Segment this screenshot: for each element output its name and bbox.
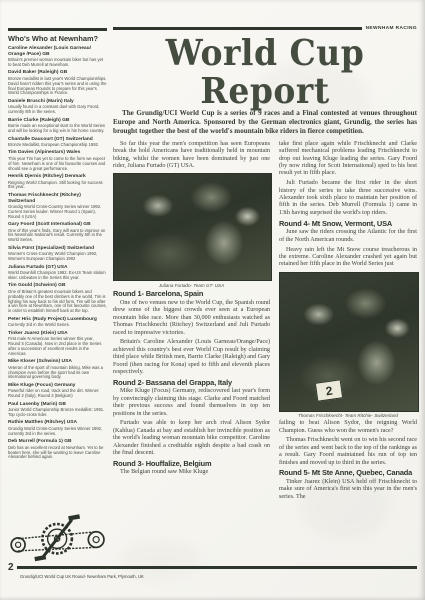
rider-name: Gary Foord (Scott International) GB	[8, 222, 107, 228]
rider-entry: Daniele Bruschi (Marin) Italy Usually fo…	[8, 99, 107, 115]
rider-entry: Thomas Frischknecht (Ritchey) Switzerlan…	[8, 193, 107, 220]
rider-entry: Mike Kluge (Focus) Germany Powerful ride…	[8, 383, 107, 399]
rider-entry: Caroline Alexander (Louis Garneau/ Orang…	[8, 46, 107, 68]
race-number-plate: 2	[315, 379, 343, 401]
article-intro: The Grundig/UCI World Cup is a series of…	[113, 109, 417, 136]
rider-entry: Peter Hric (Rudy Project) Luxembourg Cur…	[8, 317, 107, 328]
paragraph: June saw the riders crossing the Atlanti…	[279, 229, 417, 244]
paragraph: Juli Furtado became the first rider in t…	[279, 180, 417, 217]
bike-crank-icon	[6, 508, 110, 566]
paragraph: So far this year the men's competition h…	[113, 141, 270, 171]
rider-bio: Deb has an excellent record at Newnham. …	[8, 446, 107, 461]
page-title: World Cup Report	[113, 35, 417, 110]
rider-bio: Bronze Medallist, European Championship …	[8, 143, 107, 148]
photo-frischknecht-caption: Thomas Frischknecht- Team Ritchie- Switz…	[279, 413, 417, 418]
rider-entry: Tim Davies (Alpinestars) Wales This year…	[8, 150, 107, 171]
column-right: take first place again while Frischknech…	[279, 141, 417, 504]
photo-furtado: Juliana Furtado- Team GT- USA	[113, 173, 270, 288]
paragraph: The Belgian round saw Mike Kluge	[113, 469, 270, 476]
paragraph: Thomas Frischknecht went on to win his s…	[279, 437, 417, 467]
rider-bio: This year Tim has yet to come to the for…	[8, 157, 107, 172]
rider-entry: Tim Gould (Schwinn) GB One of Britain's …	[8, 283, 107, 314]
rider-entry: Tinker Juarez (Klein) USA First male N A…	[8, 331, 107, 357]
magazine-page: Who's Who at Newnham? Caroline Alexander…	[0, 0, 425, 600]
round4-heading: Round 4- Mt Snow, Vermont, USA	[279, 220, 417, 228]
rider-entry: Henrik Djernis (Ritchey) Denmark Reignin…	[8, 174, 107, 190]
rider-entry: Barrie Clarke (Raleigh) GB Barrie made a…	[8, 118, 107, 134]
page-number: 2	[8, 562, 14, 573]
rider-name: Henrik Djernis (Ritchey) Denmark	[8, 174, 107, 180]
rider-name: Thomas Frischknecht (Ritchey) Switzerlan…	[8, 193, 107, 204]
bike-crank-illustration	[6, 508, 110, 566]
page-footer: 2 Grundig/UCI World Cup UK Round- Newnha…	[8, 562, 417, 579]
rider-name: Deb Murrell (Formula 1) GB	[8, 439, 107, 445]
rider-bio: One of this year's finds, Gary will want…	[8, 229, 107, 244]
paragraph: take first place again while Frischknech…	[279, 141, 417, 178]
masthead: NEWNHAM RACING	[113, 26, 417, 31]
photo-frischknecht: 2 Thomas Frischknecht- Team Ritchie- Swi…	[279, 272, 417, 419]
paragraph: Britain's Caroline Alexander (Louis Garn…	[113, 339, 270, 376]
sidebar-title: Who's Who at Newnham?	[8, 34, 107, 43]
rider-bio: Junior World Championship Bronze medalli…	[8, 408, 107, 418]
rider-entry: Deb Murrell (Formula 1) GB Deb has an ex…	[8, 439, 107, 460]
photo-frischknecht-image: 2	[279, 272, 419, 412]
rider-bio: Britain's premier woman mountain biker b…	[8, 58, 107, 68]
photo-furtado-image	[113, 173, 272, 281]
rider-bio: Barrie made an exceptional start to the …	[8, 124, 107, 134]
paragraph: One of two venues new to the World Cup, …	[113, 300, 270, 337]
article-main: NEWNHAM RACING World Cup Report The Grun…	[113, 26, 417, 504]
sidebar-top-rule	[8, 28, 107, 31]
column-left: So far this year the men's competition h…	[113, 141, 270, 504]
footer-text: Grundig/UCI World Cup UK Round- Newnham …	[20, 574, 417, 579]
paragraph: Tinker Juarez (Klein) USA held off Frisc…	[279, 479, 417, 501]
paragraph: Mike Kluge (Focus) Germany, rediscovered…	[113, 388, 270, 418]
footer-rule	[17, 566, 417, 570]
rider-entry: Juliana Furtado (GT) USA World Downhill …	[8, 265, 107, 281]
rider-bio: Powerful rider on road, track and the di…	[8, 389, 107, 399]
rider-entry: Ruthie Matthes (Ritchey) USA Grundig Wor…	[8, 420, 107, 436]
masthead-rule	[113, 27, 362, 31]
paragraph: failing to beat Alison Sydor, the reigni…	[279, 420, 417, 435]
rider-bio: Grundig World Cross-Country Series winne…	[8, 205, 107, 220]
rider-bio: One of Britain's greatest mountain biker…	[8, 290, 107, 314]
rider-bio: Women's Cross-Country World Champion 199…	[8, 252, 107, 262]
rider-bio: Veteran of the sport of mountain biking,…	[8, 366, 107, 381]
paragraph: Furtado was able to keep her arch rival …	[113, 420, 270, 457]
footer-rule-row: 2	[8, 562, 417, 573]
round1-heading: Round 1- Barcelona, Spain	[113, 290, 270, 298]
rider-entry: Silvia Fürst (Specialized) Switzerland W…	[8, 246, 107, 262]
round3-heading: Round 3- Houffalize, Belgium	[113, 460, 270, 468]
rider-entry: Chantalle Daucourt (GT) Switzerland Bron…	[8, 137, 107, 148]
round5-heading: Round 5- Mt Ste Anne, Quebec, Canada	[279, 469, 417, 477]
rider-bio: Usually found in a constant duel with Ga…	[8, 105, 107, 115]
rider-entry: David Baker (Raleigh) GB Bronze medallis…	[8, 70, 107, 96]
paragraph: Heavy rain left the Mt Snow course treac…	[279, 247, 417, 269]
round2-heading: Round 2- Bassana del Grappa, Italy	[113, 379, 270, 387]
rider-bio: World Downhill Champion 1992. Ex-US Team…	[8, 271, 107, 281]
photo-furtado-caption: Juliana Furtado- Team GT- USA	[113, 283, 270, 288]
rider-name: Caroline Alexander (Louis Garneau/ Orang…	[8, 46, 107, 57]
whos-who-sidebar: Who's Who at Newnham? Caroline Alexander…	[8, 28, 107, 515]
rider-bio: Currently 3rd in the World Series.	[8, 323, 107, 328]
rider-bio: First male N American Series winner this…	[8, 337, 107, 357]
rider-bio: Bronze medallist in last year's World Ch…	[8, 77, 107, 97]
rider-entry: Mike Kloser (Schwinn) USA Veteran of the…	[8, 359, 107, 380]
article-columns: So far this year the men's competition h…	[113, 141, 417, 504]
rider-entry: Paul Lasenby (Marin) GB Junior World Cha…	[8, 402, 107, 418]
rider-entry: Gary Foord (Scott International) GB One …	[8, 222, 107, 243]
masthead-label: NEWNHAM RACING	[366, 26, 417, 31]
rider-bio: Grundig World Cross-Country Series Winne…	[8, 427, 107, 437]
rider-name: Mike Kloser (Schwinn) USA	[8, 359, 107, 365]
rider-bio: Reigning World Champion. Still looking f…	[8, 181, 107, 191]
